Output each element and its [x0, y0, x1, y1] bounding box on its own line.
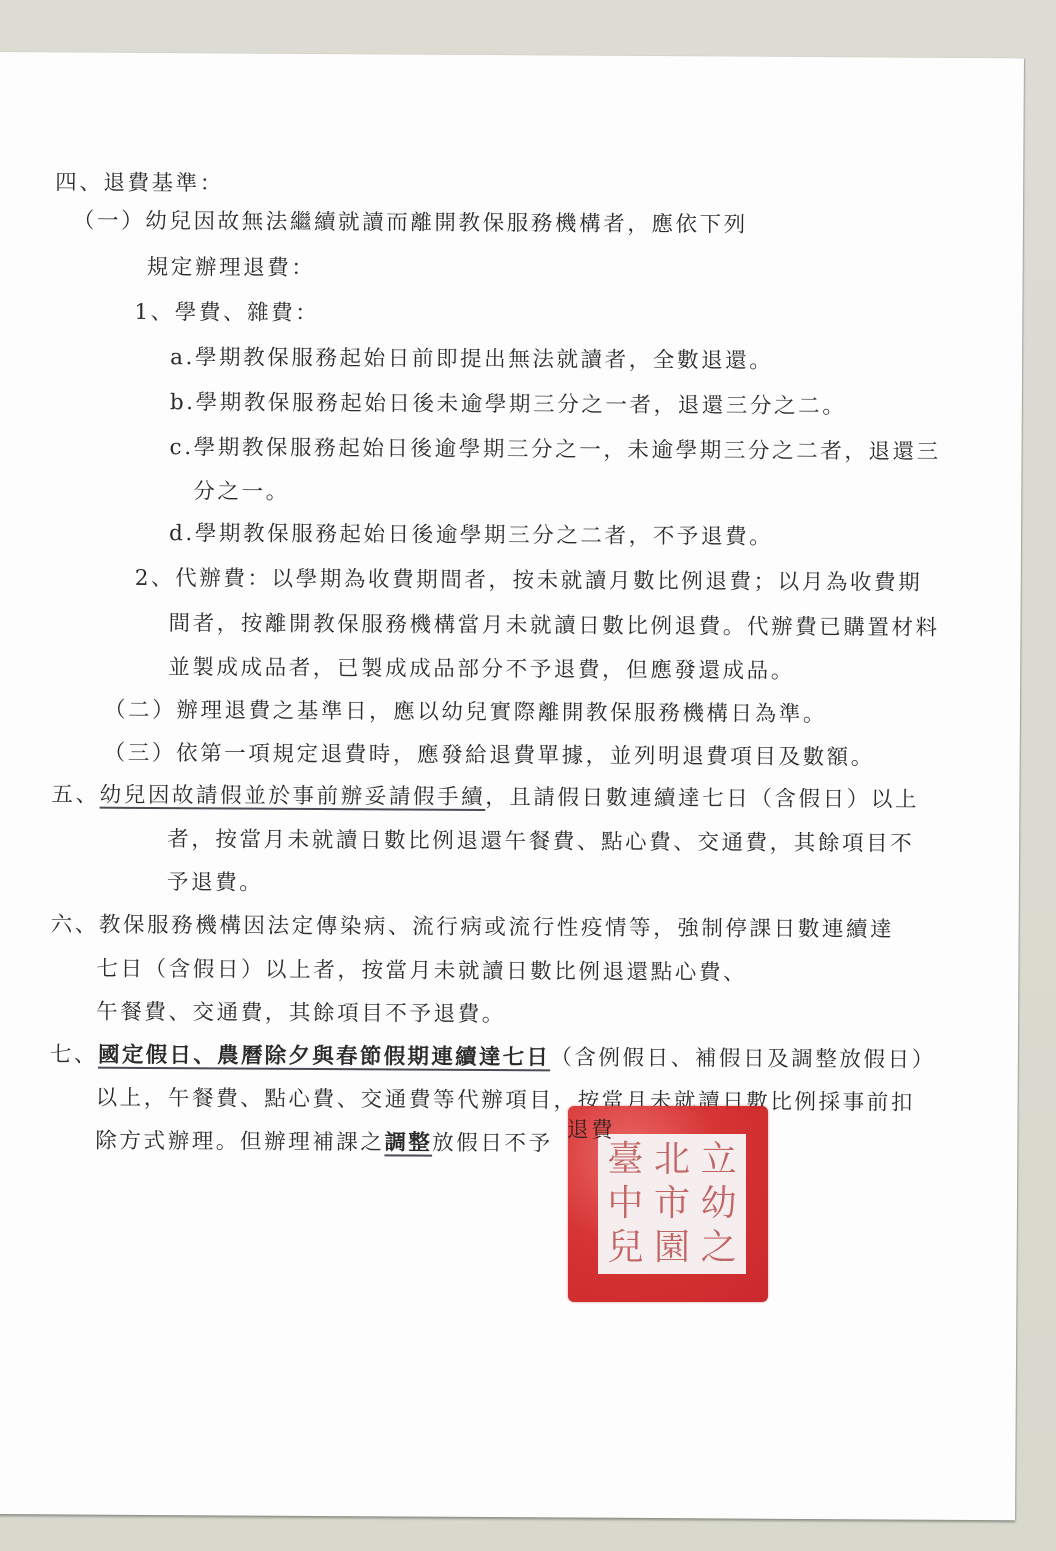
section-7-overlap-text: 退費 — [567, 1116, 615, 1146]
section-6-line-1: 六、教保服務機構因法定傳染病、流行病或流行性疫情等，強制停課日數連續達 — [51, 910, 895, 945]
seal-char: 幼 — [695, 1182, 742, 1226]
rule-b: b.學期教保服務起始日後未逾學期三分之一者，退還三分之二。 — [170, 388, 847, 422]
seal-char: 市 — [649, 1182, 696, 1226]
section-5-line-2: 者，按當月未就讀日數比例退還午餐費、點心費、交通費，其餘項目不 — [167, 825, 914, 860]
rule-c-line-2: 分之一。 — [193, 477, 290, 508]
section-7-underlined: 國定假日、農曆除夕與春節假期連續達七日 — [98, 1043, 550, 1071]
seal-char: 立 — [695, 1138, 742, 1182]
section-4-item-3: （三）依第一項規定退費時，應發給退費單據，並列明退費項目及數額。 — [104, 739, 875, 774]
item-1-text: 幼兒因故無法繼續就讀而離開教保服務機構者，應依下列 — [145, 209, 748, 238]
section-4-heading: 四、退費基準： — [55, 168, 224, 199]
seal-char: 北 — [649, 1138, 696, 1182]
seal-inner-field: 臺 北 立 中 市 幼 兒 園 之 — [598, 1134, 746, 1274]
agency-fee-line-2: 間者，按離開教保服務機構當月未就讀日數比例退費。代辦費已購置材料 — [168, 609, 939, 644]
section-7-adjust-underlined: 調整 — [384, 1130, 432, 1155]
rule-a: a.學期教保服務起始日前即提出無法就讀者，全數退還。 — [170, 343, 773, 377]
seal-char: 之 — [695, 1226, 742, 1270]
section-4-item-2: （二）辦理退費之基準日，應以幼兒實際離開教保服務機構日為準。 — [104, 696, 827, 730]
seal-char: 兒 — [602, 1226, 649, 1270]
section-5-line-3: 予退費。 — [167, 868, 264, 899]
section-7-rest: （含例假日、補假日及調整放假日） — [550, 1045, 936, 1072]
section-4-item-1-line-2: 規定辦理退費： — [147, 253, 316, 284]
section-7-line-3: 除方式辦理。但辦理補課之調整放假日不予 — [95, 1127, 553, 1160]
section-7-prefix: 七、 — [50, 1042, 98, 1067]
section-4-item-1-line-1: （一）幼兒因故無法繼續就讀而離開教保服務機構者，應依下列 — [73, 206, 748, 240]
section-6-line-3: 午餐費、交通費，其餘項目不予退費。 — [96, 998, 506, 1031]
section-5-rest: ，且請假日數連續達七日（含假日）以上 — [485, 785, 919, 813]
section-7-line-3-part-1: 除方式辦理。但辦理補課之 — [95, 1129, 384, 1156]
rule-d: d.學期教保服務起始日後逾學期三分之二者，不予退費。 — [169, 519, 773, 553]
tuition-fees-heading: 1、學費、雜費： — [134, 298, 319, 329]
agency-fee-line-1: 2、代辦費：以學期為收費期間者，按未就讀月數比例退費；以月為收費期 — [135, 564, 923, 599]
section-5-line-1: 五、幼兒因故請假並於事前辦妥請假手續，且請假日數連續達七日（含假日）以上 — [51, 780, 919, 815]
section-6-line-2: 七日（含假日）以上者，按當月未就讀日數比例退還點心費、 — [96, 955, 747, 989]
rule-c-line-1: c.學期教保服務起始日後逾學期三分之一，未逾學期三分之二者，退還三 — [169, 433, 940, 468]
document-page: 四、退費基準： （一）幼兒因故無法繼續就讀而離開教保服務機構者，應依下列 規定辦… — [0, 52, 1024, 1520]
seal-char: 中 — [602, 1182, 649, 1226]
section-7-line-2: 以上，午餐費、點心費、交通費等代辦項目，按當月未就讀日數比例採事前扣 — [96, 1084, 916, 1119]
section-5-prefix: 五、 — [51, 782, 99, 807]
section-7-line-1: 七、國定假日、農曆除夕與春節假期連續達七日（含例假日、補假日及調整放假日） — [50, 1040, 936, 1075]
section-7-line-3-part-2: 放假日不予 — [432, 1131, 553, 1157]
agency-fee-line-3: 並製成成品者，已製成成品部分不予退費，但應發還成品。 — [168, 653, 795, 687]
section-5-underlined: 幼兒因故請假並於事前辦妥請假手續 — [100, 783, 486, 810]
item-1-label: （一） — [73, 208, 145, 233]
seal-char: 園 — [649, 1226, 696, 1270]
